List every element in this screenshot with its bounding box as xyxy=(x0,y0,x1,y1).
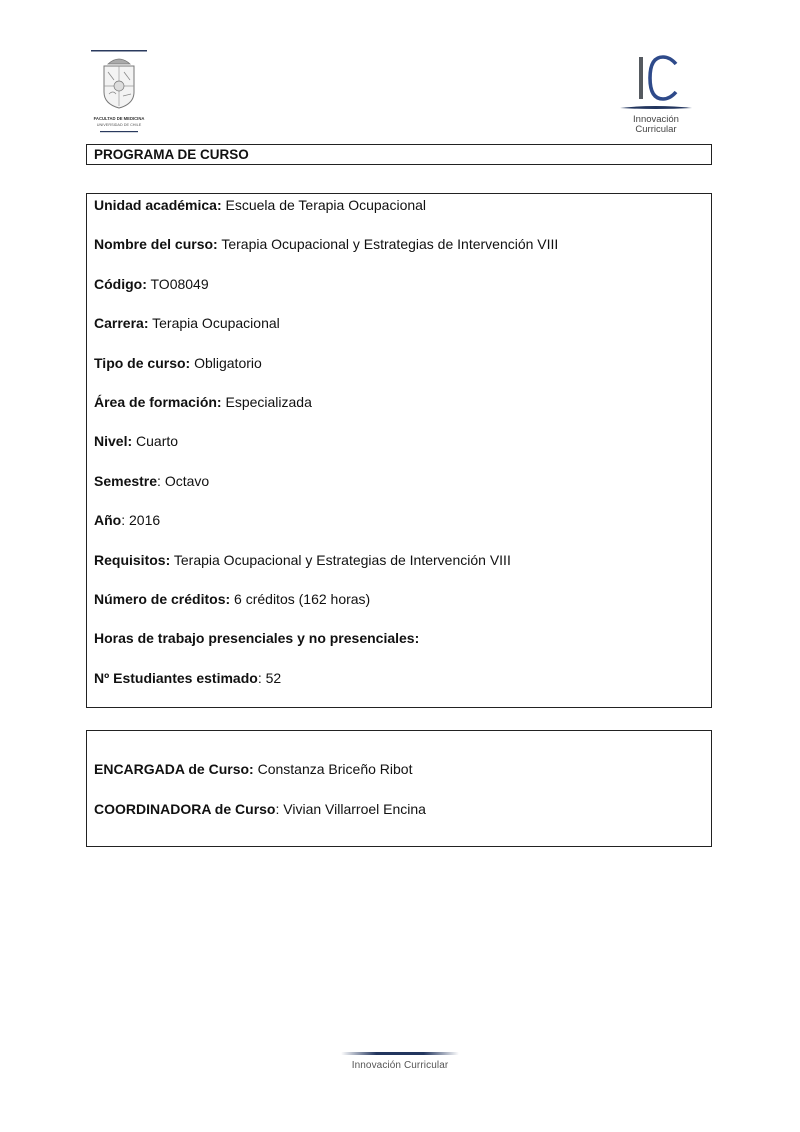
field-value: Terapia Ocupacional xyxy=(148,315,279,331)
staff-label: COORDINADORA de Curso xyxy=(94,801,276,817)
field-label: Año xyxy=(94,512,121,528)
field-label: Requisitos: xyxy=(94,552,170,568)
field-value: TO08049 xyxy=(147,276,209,292)
staff-value: : Vivian Villarroel Encina xyxy=(276,801,426,817)
svg-text:UNIVERSIDAD DE CHILE: UNIVERSIDAD DE CHILE xyxy=(97,123,142,127)
field-area-formacion: Área de formación: Especializada xyxy=(94,394,704,433)
field-value: Terapia Ocupacional y Estrategias de Int… xyxy=(218,236,559,252)
field-label: Semestre xyxy=(94,473,157,489)
field-value: Obligatorio xyxy=(190,355,262,371)
field-requisitos: Requisitos: Terapia Ocupacional y Estrat… xyxy=(94,552,704,591)
field-value: Especializada xyxy=(222,394,312,410)
field-label: Horas de trabajo presenciales y no prese… xyxy=(94,630,419,646)
field-semestre: Semestre: Octavo xyxy=(94,473,704,512)
field-label: Nombre del curso: xyxy=(94,236,218,252)
field-label: Tipo de curso: xyxy=(94,355,190,371)
field-value: Terapia Ocupacional y Estrategias de Int… xyxy=(170,552,511,568)
field-creditos: Número de créditos: 6 créditos (162 hora… xyxy=(94,591,704,630)
staff-label: ENCARGADA de Curso: xyxy=(94,761,254,777)
svg-text:FACULTAD DE MEDICINA: FACULTAD DE MEDICINA xyxy=(94,116,145,121)
field-label: Unidad académica: xyxy=(94,197,222,213)
field-label: Área de formación: xyxy=(94,394,222,410)
field-tipo-curso: Tipo de curso: Obligatorio xyxy=(94,355,704,394)
field-value: : Octavo xyxy=(157,473,209,489)
page-title: PROGRAMA DE CURSO xyxy=(86,144,712,165)
field-carrera: Carrera: Terapia Ocupacional xyxy=(94,315,704,354)
field-ano: Año: 2016 xyxy=(94,512,704,551)
field-label: Nivel: xyxy=(94,433,132,449)
staff-encargada: ENCARGADA de Curso: Constanza Briceño Ri… xyxy=(94,761,704,801)
course-staff-box: ENCARGADA de Curso: Constanza Briceño Ri… xyxy=(86,730,712,847)
page-footer: Innovación Curricular xyxy=(340,1052,460,1071)
field-codigo: Código: TO08049 xyxy=(94,276,704,315)
university-crest-icon: FACULTAD DE MEDICINA UNIVERSIDAD DE CHIL… xyxy=(88,48,150,138)
staff-coordinadora: COORDINADORA de Curso: Vivian Villarroel… xyxy=(94,801,704,841)
field-label: Nº Estudiantes estimado xyxy=(94,670,258,686)
footer-divider xyxy=(341,1052,459,1055)
field-label: Carrera: xyxy=(94,315,148,331)
staff-value: Constanza Briceño Ribot xyxy=(254,761,413,777)
innovacion-curricular-logo: Innovación Curricular xyxy=(618,52,694,136)
field-nombre-curso: Nombre del curso: Terapia Ocupacional y … xyxy=(94,236,704,275)
ic-logo-icon xyxy=(618,52,694,110)
course-info-box: Unidad académica: Escuela de Terapia Ocu… xyxy=(86,193,712,708)
field-label: Código: xyxy=(94,276,147,292)
field-value: 6 créditos (162 horas) xyxy=(230,591,370,607)
footer-text: Innovación Curricular xyxy=(340,1060,460,1071)
field-horas-trabajo: Horas de trabajo presenciales y no prese… xyxy=(94,630,704,669)
field-value: Cuarto xyxy=(132,433,178,449)
faculty-logo: FACULTAD DE MEDICINA UNIVERSIDAD DE CHIL… xyxy=(88,48,150,138)
field-value: : 2016 xyxy=(121,512,160,528)
field-value: : 52 xyxy=(258,670,281,686)
field-label: Número de créditos: xyxy=(94,591,230,607)
field-estudiantes: Nº Estudiantes estimado: 52 xyxy=(94,670,704,709)
field-unidad-academica: Unidad académica: Escuela de Terapia Ocu… xyxy=(94,197,704,236)
field-value: Escuela de Terapia Ocupacional xyxy=(222,197,426,213)
ic-logo-line2: Curricular xyxy=(618,125,694,135)
field-nivel: Nivel: Cuarto xyxy=(94,433,704,472)
